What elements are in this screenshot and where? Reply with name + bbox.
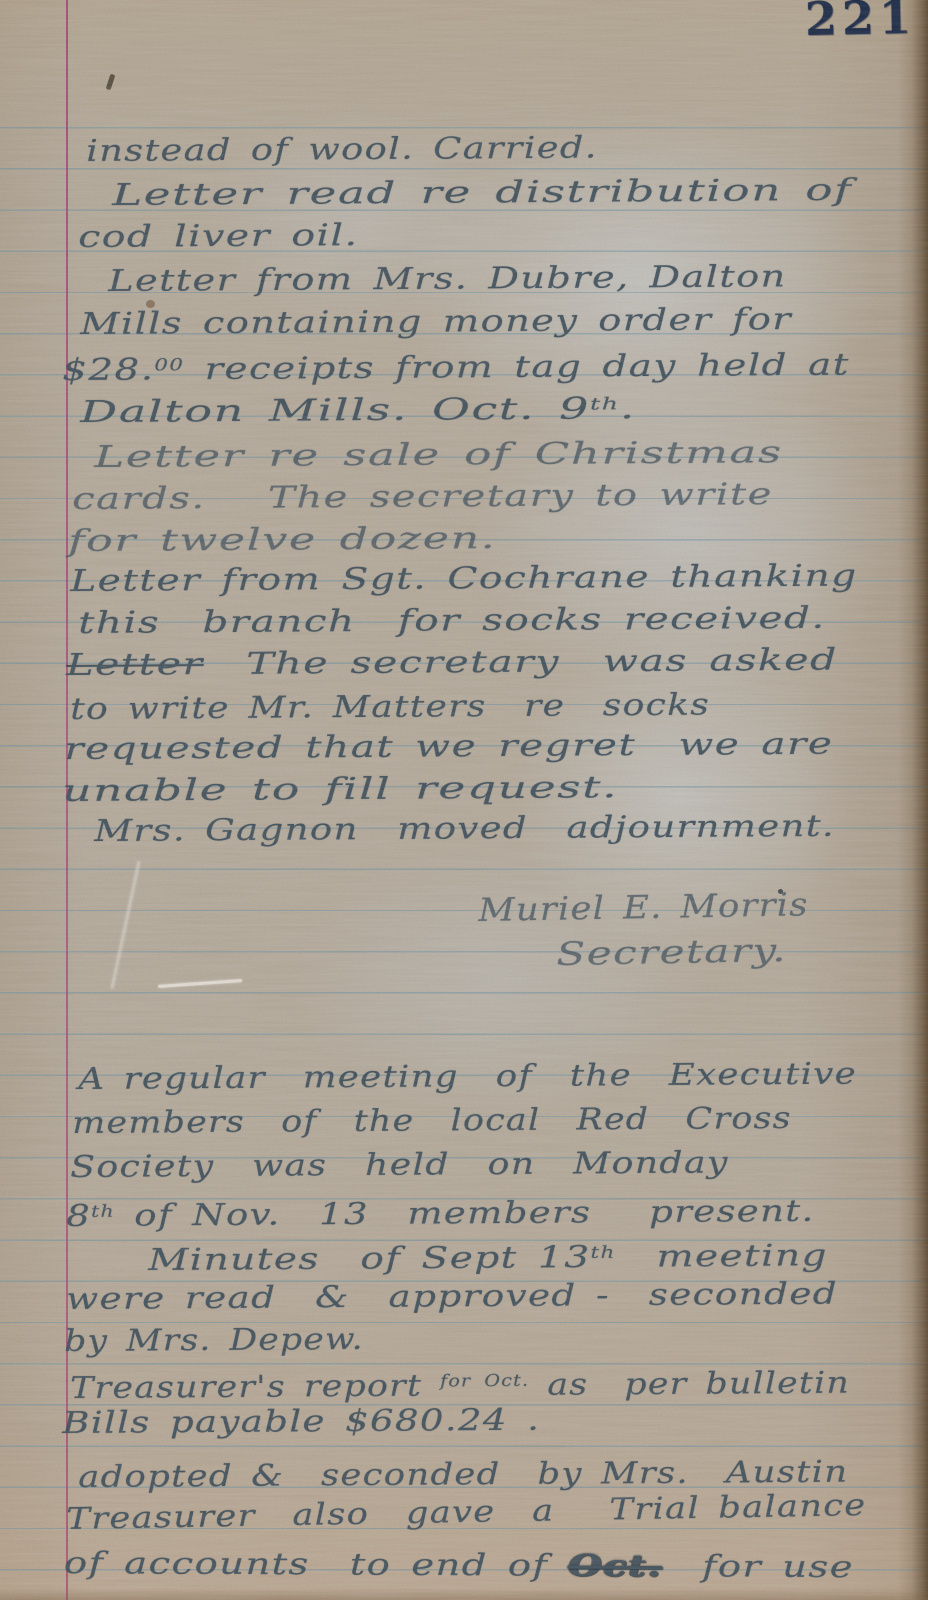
text-segment: Letter from Mrs. Dubre, Dalton [108,259,787,299]
text-segment: Letter from Sgt. Cochrane thanking [70,559,858,599]
text-segment: 8 [66,1199,91,1234]
text-segment: requested that we regret we are [64,727,833,767]
text-segment: this branch for socks received. [78,601,826,641]
text-segment: for use [662,1549,854,1585]
text-segment: Treasurer's report [70,1368,440,1406]
text-segment: of Nov. 13 members present. [115,1194,815,1234]
handwritten-line: cod liver oil. [78,216,359,258]
handwritten-line: Letter from Sgt. Cochrane thanking [70,557,858,602]
text-segment: th [590,1243,615,1262]
handwritten-line: 8th of Nov. 13 members present. [66,1187,815,1237]
text-segment: Muriel E. Morris [478,885,809,929]
handwritten-line: Minutes of Sept 13th meeting [148,1231,828,1281]
text-segment: meeting [616,1238,828,1274]
handwritten-line: by Mrs. Depew. [64,1320,364,1362]
handwritten-line: Letter read re distribution of [112,171,852,216]
handwritten-line: $28.00 receipts from tag day held at [62,341,850,392]
text-segment: members of the local Red Cross [72,1101,792,1141]
text-segment: A regular meeting of the Executive [78,1057,857,1097]
text-segment: to write Mr. Matters re socks [70,688,710,727]
text-segment: cod liver oil. [78,218,359,255]
handwritten-line: this branch for socks received. [78,599,826,644]
handwriting-layer: instead of wool. Carried.Letter read re … [0,0,928,1600]
text-segment: $28. [62,352,154,388]
text-segment: Oct. [568,1549,662,1584]
text-segment: Letter [66,647,204,683]
text-segment: as per bulletin [529,1366,850,1403]
text-segment: Bills payable $680.24 . [62,1403,540,1441]
handwritten-line: Society was held on Monday [70,1143,729,1188]
text-segment: 00 [154,355,184,374]
text-segment: Mills containing money order for [80,302,792,342]
handwritten-line: A regular meeting of the Executive [78,1055,857,1100]
handwritten-line: Dalton Mills. Oct. 9th. [80,384,636,433]
handwritten-line: cards. The secretary to write [72,475,773,520]
notebook-page: 221 instead of wool. Carried.Letter read… [0,0,928,1600]
handwritten-line: Bills payable $680.24 . [62,1401,540,1444]
text-segment: Letter re sale of Christmas [94,435,783,475]
text-segment: th [590,394,620,413]
handwritten-line: Muriel E. Morris [478,884,809,930]
handwritten-line: to write Mr. Matters re socks [70,686,710,730]
text-segment: were read & approved - seconded [66,1277,838,1317]
text-segment: cards. The secretary to write [72,477,773,517]
handwritten-line: unable to fill request. [62,768,618,812]
text-segment: unable to fill request. [62,770,618,809]
handwritten-line: Letter re sale of Christmas [94,433,783,478]
text-segment: instead of wool. Carried. [86,130,598,169]
text-segment: . [620,391,636,426]
text-segment: of accounts to end of [64,1546,568,1584]
handwritten-line: Mrs. Gagnon moved adjournment. [94,807,835,852]
handwritten-line: were read & approved - seconded [66,1275,838,1320]
handwritten-line: Letter The secretary was asked [66,641,838,686]
handwritten-line: of accounts to end of Oct. for use [64,1544,854,1588]
text-segment: Minutes of Sept 13 [148,1240,591,1278]
handwritten-line: Letter from Mrs. Dubre, Dalton [108,257,787,302]
text-segment: for Oct. [440,1371,529,1391]
text-segment: Society was held on Monday [70,1145,729,1185]
handwritten-line: members of the local Red Cross [72,1099,792,1144]
text-segment: Dalton Mills. Oct. 9 [80,392,590,431]
handwritten-line: Secretary. [556,930,787,974]
page-edge-bottom [0,1588,928,1600]
handwritten-line: for twelve dozen. [68,519,496,562]
handwritten-line: Mills containing money order for [80,300,792,345]
text-segment: th [91,1202,115,1221]
text-segment: for twelve dozen. [68,521,496,559]
handwritten-line: instead of wool. Carried. [86,128,598,172]
handwritten-line: requested that we regret we are [64,725,834,770]
text-segment: Secretary. [556,931,787,973]
text-segment: Letter read re distribution of [112,173,852,213]
text-segment: by Mrs. Depew. [64,1322,364,1359]
text-segment: The secretary was asked [203,643,838,682]
page-edge-right [898,0,928,1600]
text-segment: Mrs. Gagnon moved adjournment. [94,809,835,849]
text-segment: receipts from tag day held at [184,348,850,388]
